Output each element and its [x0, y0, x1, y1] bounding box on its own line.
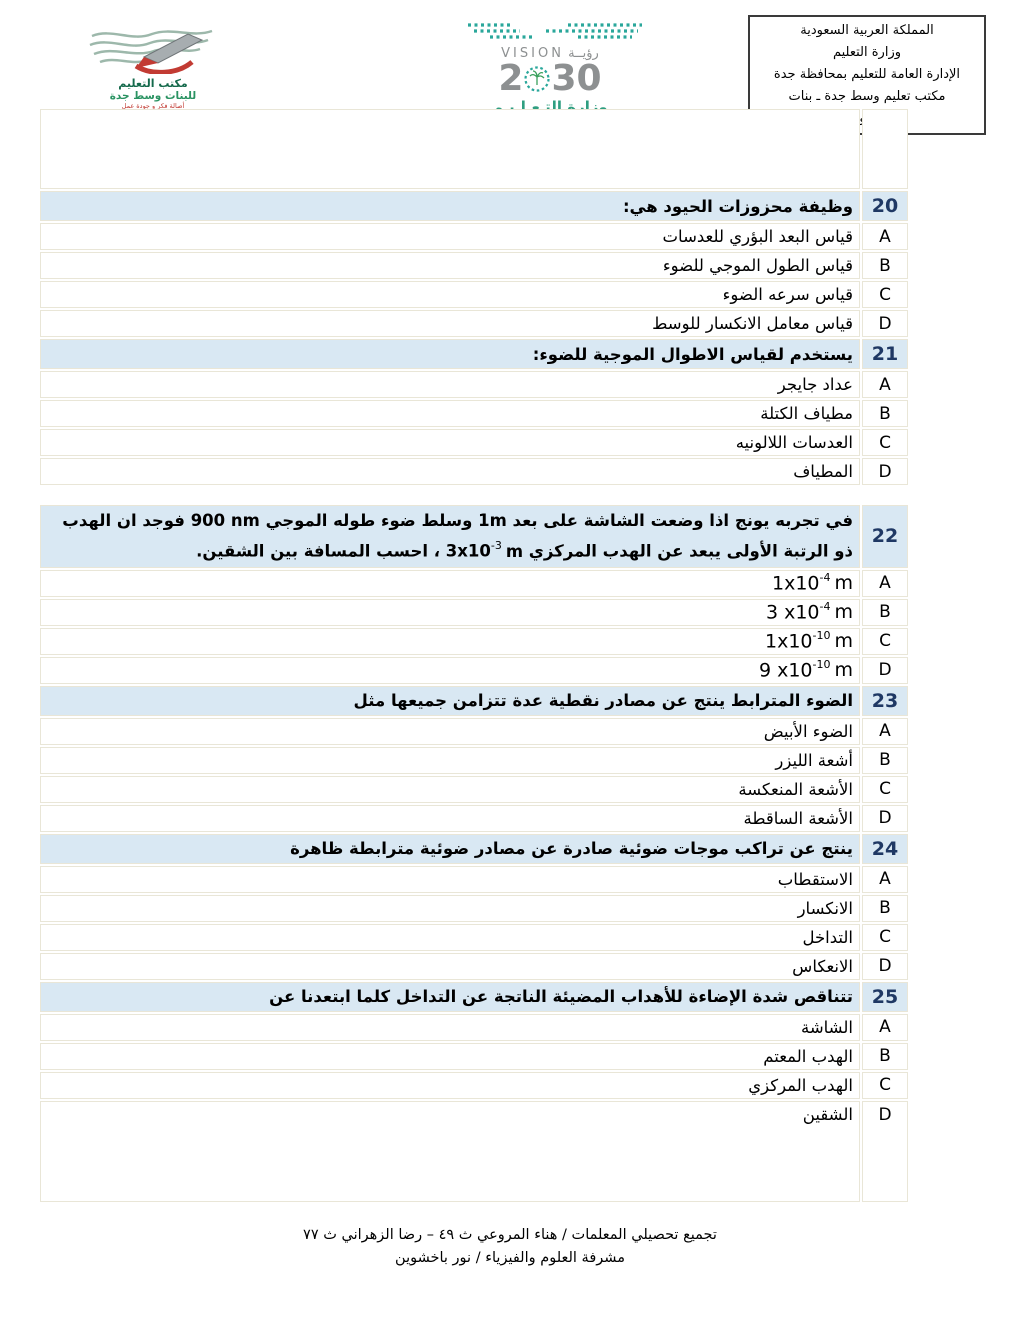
- option-row: D الانعكاس: [40, 953, 908, 980]
- question-text: في تجربه يونج اذا وضعت الشاشة على بعد 1m…: [40, 505, 860, 568]
- option-row: A الشاشة: [40, 1014, 908, 1041]
- option-text: 1x10-10m: [40, 628, 860, 655]
- option-row: A قياس البعد البؤري للعدسات: [40, 223, 908, 250]
- footer-line-1: تجميع تحصيلي المعلمات / هناء المروعي ث ٤…: [0, 1224, 1020, 1247]
- option-letter: C: [862, 281, 908, 308]
- question-text: تتناقص شدة الإضاءة للأهداب المضيئة النات…: [40, 982, 860, 1012]
- questions-table-2: 22 في تجربه يونج اذا وضعت الشاشة على بعد…: [38, 503, 910, 1204]
- option-text: العدسات اللالونيه: [40, 429, 860, 456]
- option-letter: D: [862, 458, 908, 485]
- blank-cell: [40, 109, 860, 189]
- option-letter: C: [862, 429, 908, 456]
- option-letter: A: [862, 570, 908, 597]
- option-letter: B: [862, 400, 908, 427]
- option-text: الشقين: [40, 1101, 860, 1202]
- option-row: C قياس سرعه الضوء: [40, 281, 908, 308]
- option-row: B مطياف الكتلة: [40, 400, 908, 427]
- option-row: B 3 x10-4m: [40, 599, 908, 626]
- question-row-21: 21 يستخدم لقياس الاطوال الموجية للضوء:: [40, 339, 908, 369]
- info-line-ministry: وزارة التعليم: [755, 42, 979, 64]
- option-row: A عداد جايجر: [40, 371, 908, 398]
- year-left: 2: [498, 61, 523, 97]
- questions-table-1: 20 وظيفة محزوزات الحيود هي: A قياس البعد…: [38, 107, 910, 487]
- question-row-22: 22 في تجربه يونج اذا وضعت الشاشة على بعد…: [40, 505, 908, 568]
- footer-line-2: مشرفة العلوم والفيزياء / نور باخشوين: [0, 1247, 1020, 1270]
- option-text: الهدب المعتم: [40, 1043, 860, 1070]
- option-row: C الهدب المركزي: [40, 1072, 908, 1099]
- option-row: A الضوء الأبيض: [40, 718, 908, 745]
- option-letter: A: [862, 866, 908, 893]
- option-text: الانكسار: [40, 895, 860, 922]
- option-letter: C: [862, 1072, 908, 1099]
- option-letter: B: [862, 1043, 908, 1070]
- vision-year: 2 30: [446, 61, 654, 97]
- option-row: B الانكسار: [40, 895, 908, 922]
- palm-icon: [524, 66, 550, 92]
- option-value: 3 x10-4m: [766, 601, 853, 623]
- question-text: يستخدم لقياس الاطوال الموجية للضوء:: [40, 339, 860, 369]
- formula-value: 3x10-3m: [446, 534, 523, 565]
- option-text: 9 x10-10m: [40, 657, 860, 684]
- office-logo-line1: مكتب التعليم: [86, 78, 220, 90]
- pen-waves-icon: [86, 24, 220, 74]
- question-row-25: 25 تتناقص شدة الإضاءة للأهداب المضيئة ال…: [40, 982, 908, 1012]
- option-letter: A: [862, 223, 908, 250]
- info-line-office: مكتب تعليم وسط جدة ـ بنات: [755, 86, 979, 108]
- question-text: الضوء المترابط ينتج عن مصادر نقطية عدة ت…: [40, 686, 860, 716]
- question-number: 21: [862, 339, 908, 369]
- question-row-23: 23 الضوء المترابط ينتج عن مصادر نقطية عد…: [40, 686, 908, 716]
- question-number: 23: [862, 686, 908, 716]
- question-number: 22: [862, 505, 908, 568]
- option-text: قياس البعد البؤري للعدسات: [40, 223, 860, 250]
- question-text: وظيفة محزوزات الحيود هي:: [40, 191, 860, 221]
- option-text: الشاشة: [40, 1014, 860, 1041]
- option-row: B قياس الطول الموجي للضوء: [40, 252, 908, 279]
- vision-2030-logo: VISION رؤيــة 2 30 وزارة التـعـلـيـم: [446, 22, 654, 116]
- question-number: 20: [862, 191, 908, 221]
- office-logo-line2: للبنات وسط جدة: [86, 90, 220, 102]
- option-letter: D: [862, 1101, 908, 1202]
- year-right: 30: [551, 61, 601, 97]
- option-row: D المطياف: [40, 458, 908, 485]
- option-text: قياس الطول الموجي للضوء: [40, 252, 860, 279]
- option-row: C 1x10-10m: [40, 628, 908, 655]
- option-text: أشعة الليزر: [40, 747, 860, 774]
- option-letter: C: [862, 776, 908, 803]
- option-letter: A: [862, 1014, 908, 1041]
- option-row: D الشقين: [40, 1101, 908, 1202]
- option-letter: A: [862, 718, 908, 745]
- option-letter: C: [862, 628, 908, 655]
- option-letter: D: [862, 657, 908, 684]
- blank-row: [40, 109, 908, 189]
- option-letter: D: [862, 805, 908, 832]
- option-value: 1x10-4m: [772, 572, 853, 594]
- option-text: 1x10-4m: [40, 570, 860, 597]
- blank-cell: [862, 109, 908, 189]
- option-letter: B: [862, 747, 908, 774]
- option-text: قياس معامل الانكسار للوسط: [40, 310, 860, 337]
- option-text: الاستقطاب: [40, 866, 860, 893]
- question-number: 24: [862, 834, 908, 864]
- option-text: قياس سرعه الضوء: [40, 281, 860, 308]
- option-row: D قياس معامل الانكسار للوسط: [40, 310, 908, 337]
- question-row-20: 20 وظيفة محزوزات الحيود هي:: [40, 191, 908, 221]
- exam-page: مكتب التعليم للبنات وسط جدة أصالة فكر و …: [0, 0, 1020, 1320]
- option-text: الهدب المركزي: [40, 1072, 860, 1099]
- option-text: الضوء الأبيض: [40, 718, 860, 745]
- dots-pattern-icon: [450, 22, 650, 42]
- option-row: D 9 x10-10m: [40, 657, 908, 684]
- option-row: A 1x10-4m: [40, 570, 908, 597]
- option-text: الانعكاس: [40, 953, 860, 980]
- option-letter: B: [862, 599, 908, 626]
- option-letter: B: [862, 895, 908, 922]
- option-row: C الأشعة المنعكسة: [40, 776, 908, 803]
- question-text: ينتج عن تراكب موجات ضوئية صادرة عن مصادر…: [40, 834, 860, 864]
- option-letter: B: [862, 252, 908, 279]
- option-text: المطياف: [40, 458, 860, 485]
- option-row: C التداخل: [40, 924, 908, 951]
- option-letter: D: [862, 953, 908, 980]
- option-letter: D: [862, 310, 908, 337]
- option-text: الأشعة المنعكسة: [40, 776, 860, 803]
- option-row: B الهدب المعتم: [40, 1043, 908, 1070]
- option-letter: C: [862, 924, 908, 951]
- option-text: مطياف الكتلة: [40, 400, 860, 427]
- option-text: عداد جايجر: [40, 371, 860, 398]
- question-row-24: 24 ينتج عن تراكب موجات ضوئية صادرة عن مص…: [40, 834, 908, 864]
- option-text: الأشعة الساقطة: [40, 805, 860, 832]
- info-line-country: المملكة العربية السعودية: [755, 20, 979, 42]
- option-text: التداخل: [40, 924, 860, 951]
- page-footer: تجميع تحصيلي المعلمات / هناء المروعي ث ٤…: [0, 1224, 1020, 1270]
- option-row: C العدسات اللالونيه: [40, 429, 908, 456]
- vision-title: VISION رؤيــة: [446, 46, 654, 61]
- education-office-logo: مكتب التعليم للبنات وسط جدة أصالة فكر و …: [86, 24, 220, 110]
- info-line-administration: الإدارة العامة للتعليم بمحافظة جدة: [755, 64, 979, 86]
- option-row: A الاستقطاب: [40, 866, 908, 893]
- option-letter: A: [862, 371, 908, 398]
- question-number: 25: [862, 982, 908, 1012]
- option-value: 1x10-10m: [765, 630, 853, 652]
- option-row: D الأشعة الساقطة: [40, 805, 908, 832]
- option-row: B أشعة الليزر: [40, 747, 908, 774]
- option-value: 9 x10-10m: [759, 659, 853, 681]
- option-text: 3 x10-4m: [40, 599, 860, 626]
